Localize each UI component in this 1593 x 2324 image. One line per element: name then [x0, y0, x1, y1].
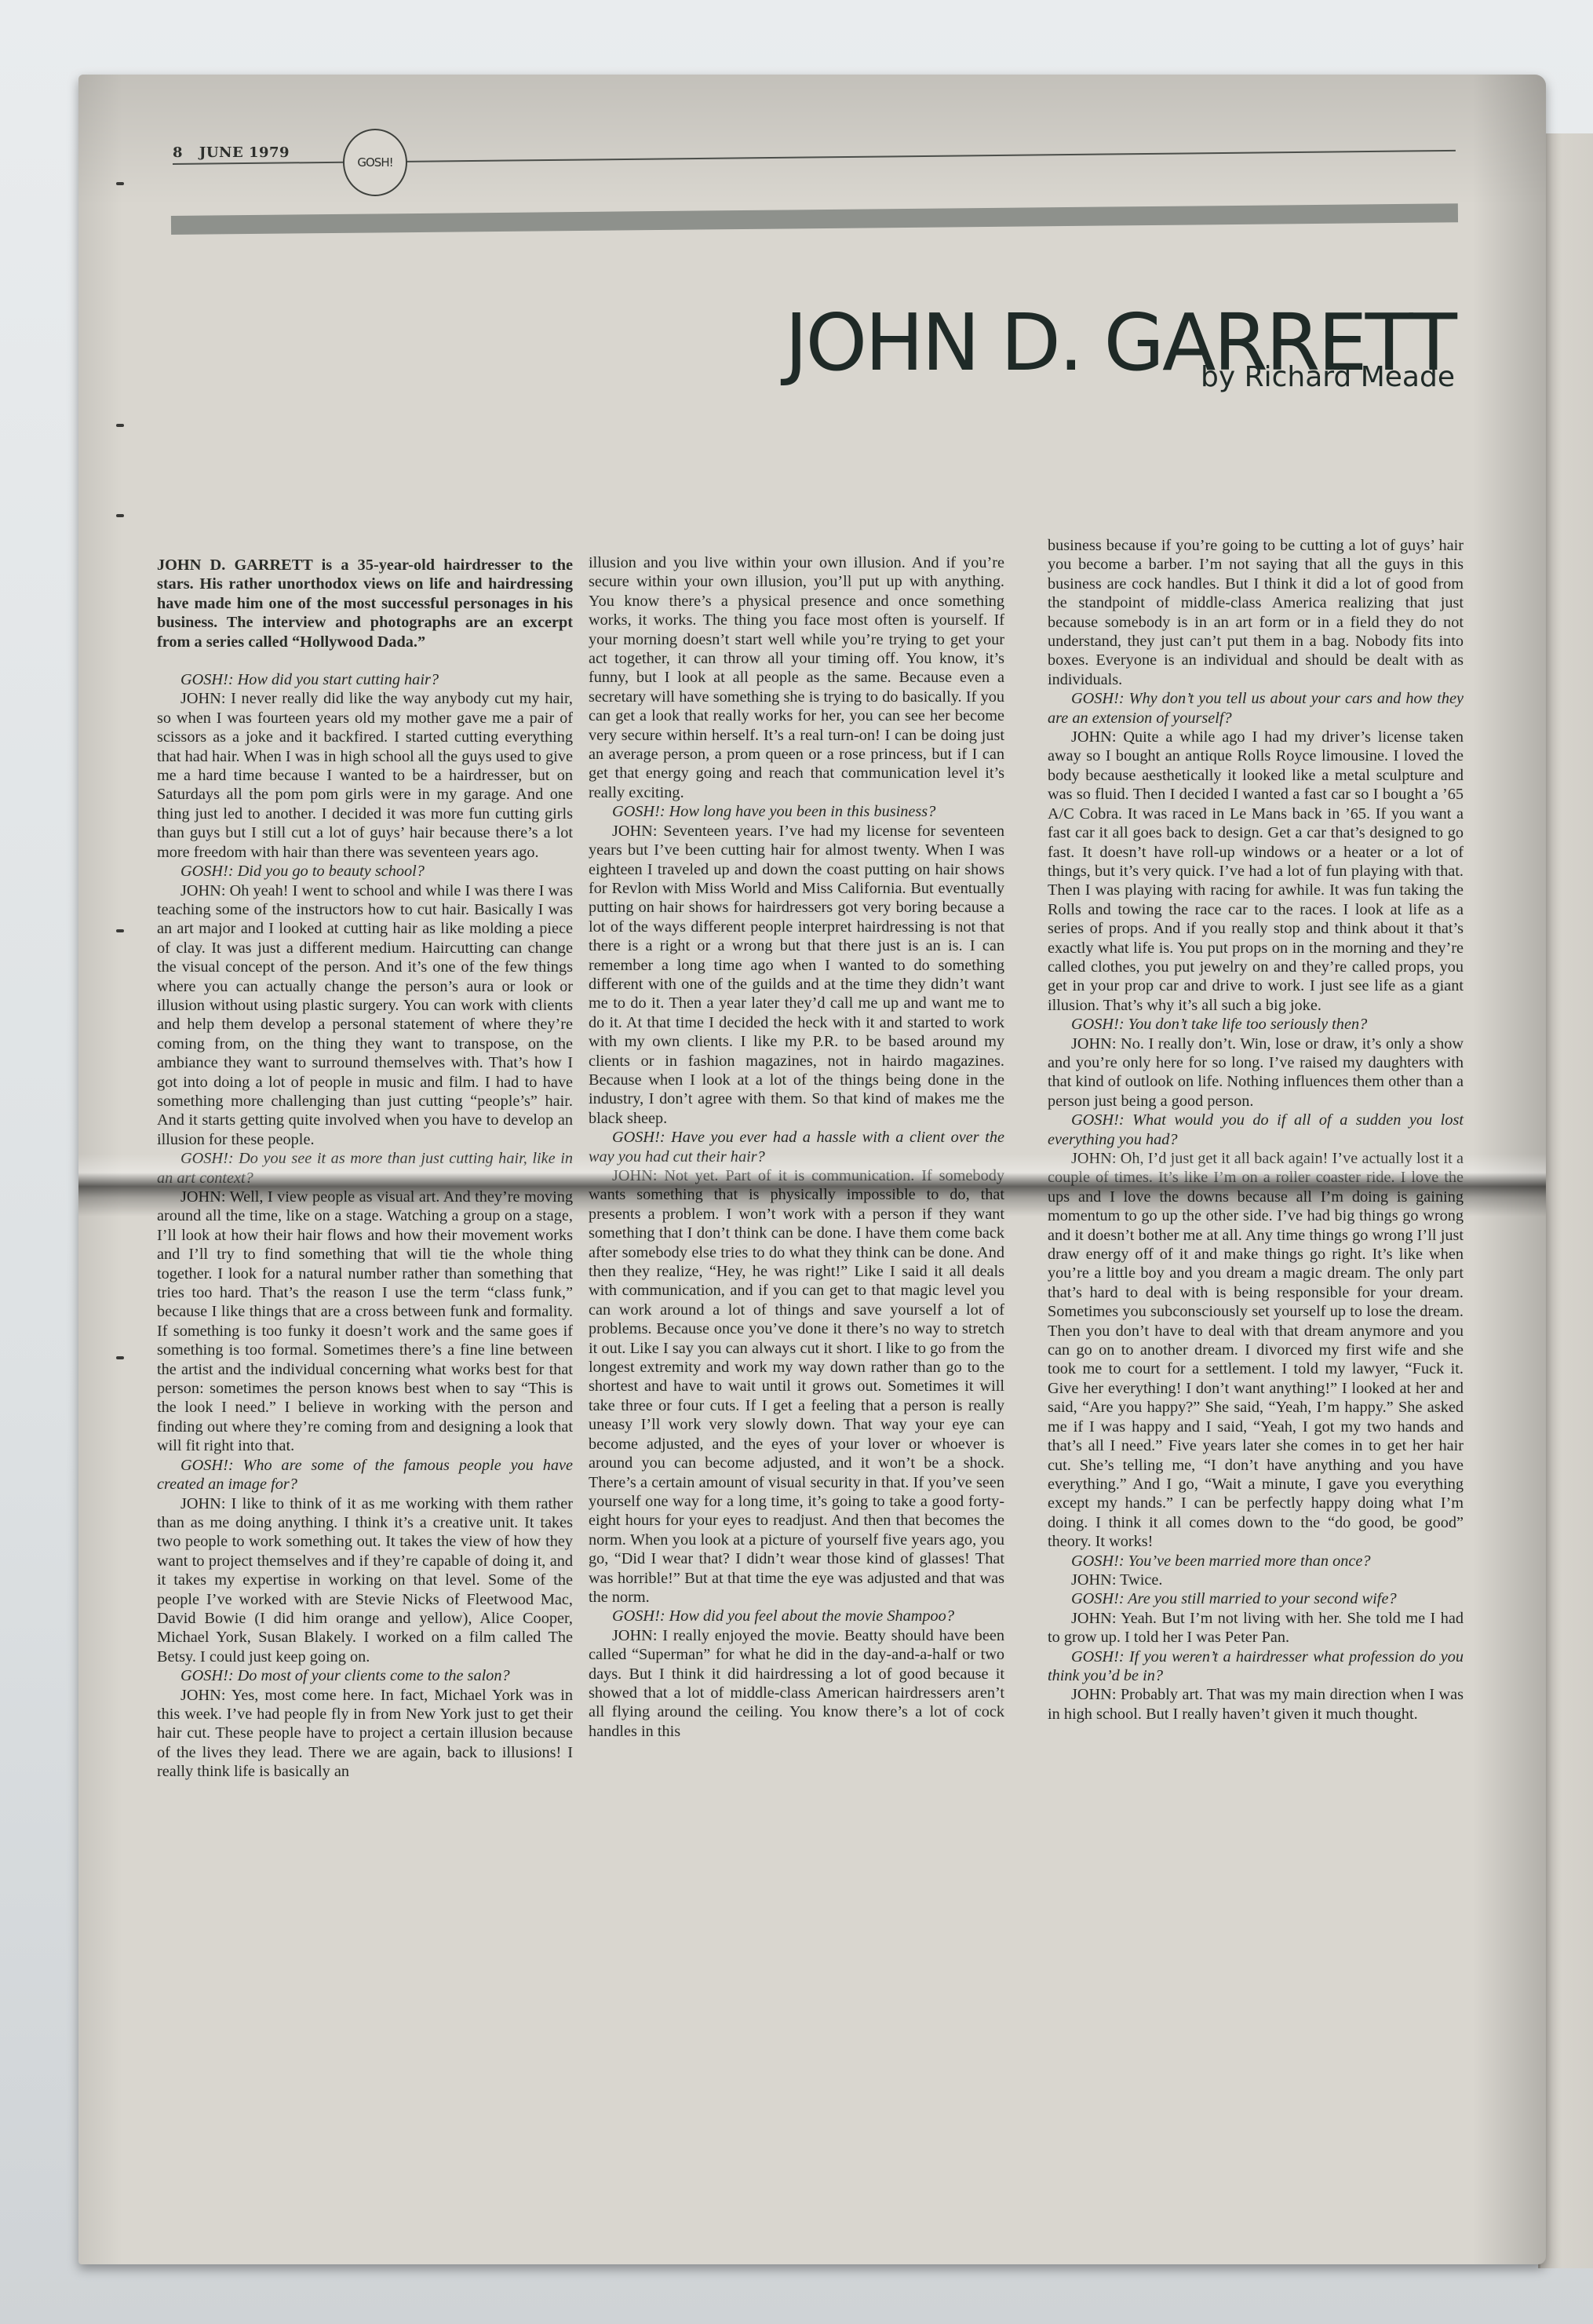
article-column-3: business because if you’re going to be c… — [1048, 536, 1464, 1724]
interview-answer: JOHN: Oh yeah! I went to school and whil… — [157, 881, 573, 1150]
binding-mark — [116, 1356, 124, 1359]
interview-question: GOSH!: What would you do if all of a sud… — [1048, 1111, 1464, 1149]
adjacent-page-edge — [1538, 133, 1593, 2268]
interview-question: GOSH!: Who are some of the famous people… — [157, 1456, 573, 1494]
interview-question: GOSH!: How long have you been in this bu… — [589, 802, 1004, 821]
interview-question: GOSH!: Do you see it as more than just c… — [157, 1149, 573, 1188]
interview-answer: JOHN: No. I really don’t. Win, lose or d… — [1048, 1034, 1464, 1111]
interview-answer: JOHN: I like to think of it as me workin… — [157, 1494, 573, 1667]
page-folio: 8 JUNE 1979 — [173, 144, 290, 161]
interview-answer: JOHN: Yeah. But I’m not living with her.… — [1048, 1609, 1464, 1647]
interview-answer: JOHN: Yes, most come here. In fact, Mich… — [157, 1686, 573, 1782]
interview-question: GOSH!: How did you feel about the movie … — [589, 1607, 1004, 1625]
binding-mark — [116, 514, 124, 517]
interview-answer: JOHN: Quite a while ago I had my driver’… — [1048, 728, 1464, 1015]
gosh-logo: GOSH! — [343, 129, 407, 196]
interview-question: GOSH!: Are you still married to your sec… — [1048, 1589, 1464, 1608]
binding-mark — [116, 182, 124, 185]
column-body: business because if you’re going to be c… — [1048, 536, 1464, 1724]
interview-question: GOSH!: Did you go to beauty school? — [157, 862, 573, 881]
binding-mark — [116, 929, 124, 932]
interview-answer: JOHN: I never really did like the way an… — [157, 689, 573, 862]
issue-date: JUNE 1979 — [199, 144, 290, 161]
interview-question: GOSH!: You’ve been married more than onc… — [1048, 1552, 1464, 1571]
interview-answer: JOHN: Twice. — [1048, 1571, 1464, 1589]
continued-answer: business because if you’re going to be c… — [1048, 536, 1464, 689]
article-column-2: illusion and you live within your own il… — [589, 553, 1004, 1741]
interview-question: GOSH!: Why don’t you tell us about your … — [1048, 689, 1464, 728]
article-column-1: JOHN D. GARRETT is a 35-year-old hairdre… — [157, 556, 573, 1782]
logo-text: GOSH! — [357, 155, 392, 170]
interview-answer: JOHN: Probably art. That was my main dir… — [1048, 1685, 1464, 1724]
interview-question: GOSH!: If you weren’t a hairdresser what… — [1048, 1647, 1464, 1686]
interview-question: GOSH!: Have you ever had a hassle with a… — [589, 1128, 1004, 1166]
column-body: GOSH!: How did you start cutting hair?JO… — [157, 670, 573, 1782]
interview-answer: JOHN: Not yet. Part of it is communicati… — [589, 1166, 1004, 1607]
interview-answer: JOHN: Seventeen years. I’ve had my licen… — [589, 822, 1004, 1129]
article-byline: by Richard Meade — [1201, 361, 1455, 393]
continued-answer: illusion and you live within your own il… — [589, 553, 1004, 802]
interview-answer: JOHN: Well, I view people as visual art.… — [157, 1188, 573, 1456]
binding-mark — [116, 424, 124, 427]
column-body: illusion and you live within your own il… — [589, 553, 1004, 1741]
page-number: 8 — [173, 144, 183, 161]
interview-answer: JOHN: I really enjoyed the movie. Beatty… — [589, 1626, 1004, 1741]
interview-answer: JOHN: Oh, I’d just get it all back again… — [1048, 1149, 1464, 1552]
interview-question: GOSH!: Do most of your clients come to t… — [157, 1666, 573, 1685]
interview-question: GOSH!: How did you start cutting hair? — [157, 670, 573, 689]
interview-question: GOSH!: You don’t take life too seriously… — [1048, 1015, 1464, 1034]
article-intro: JOHN D. GARRETT is a 35-year-old hairdre… — [157, 556, 573, 651]
